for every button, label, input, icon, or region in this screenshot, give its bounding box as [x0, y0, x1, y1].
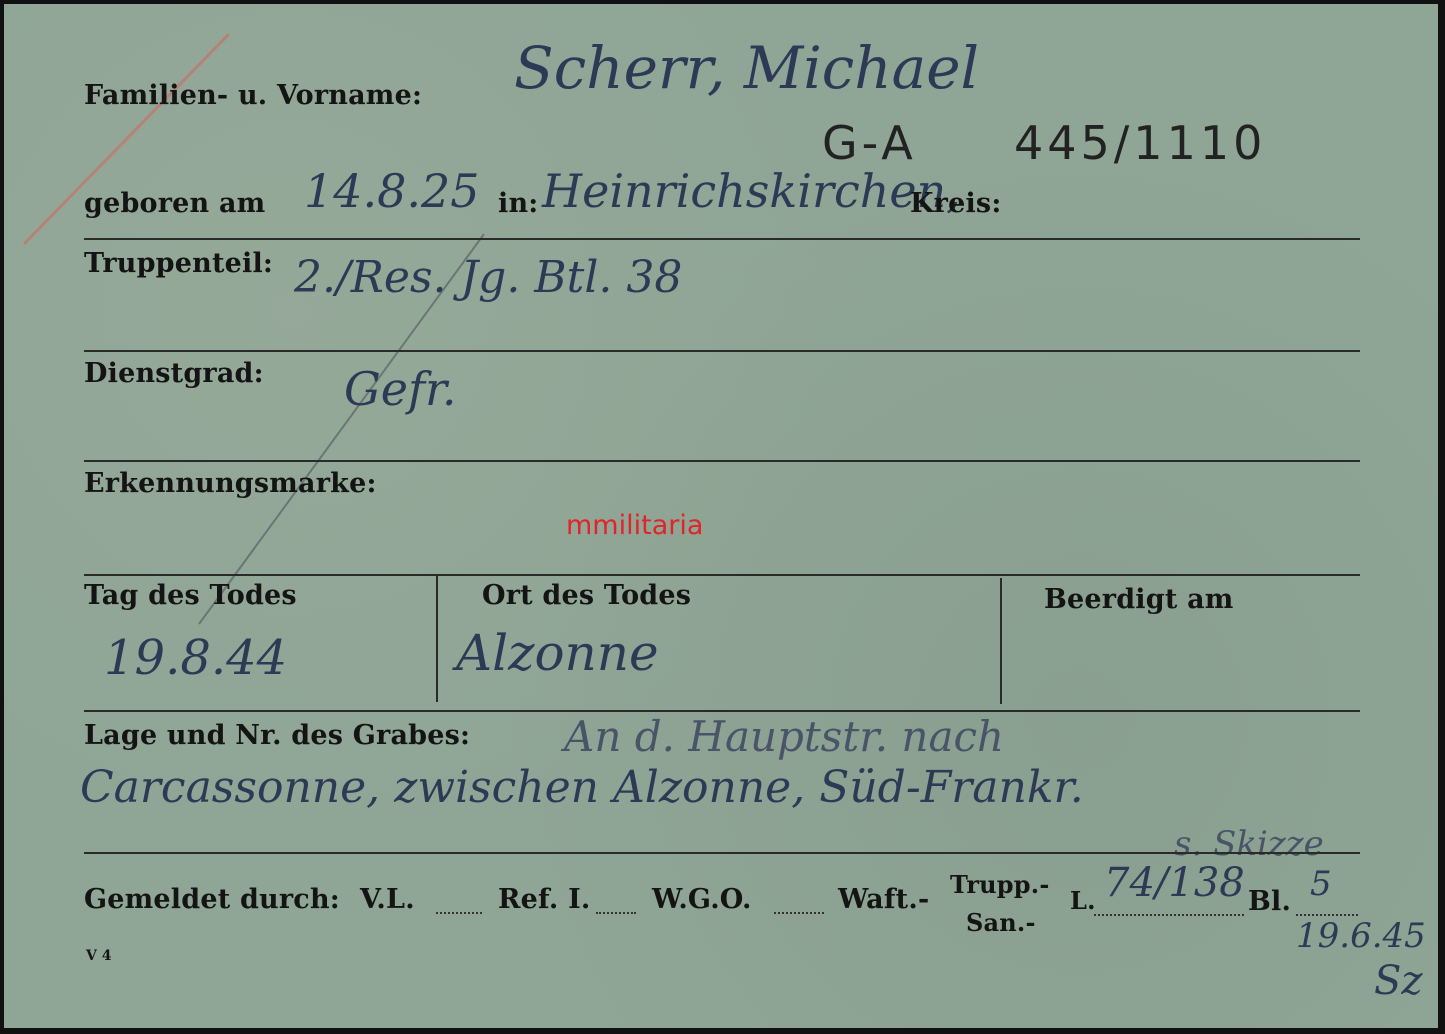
reported-option-ref: Ref. I. — [498, 884, 591, 915]
stamp-number: 445/1110 — [1014, 116, 1266, 170]
buried-on-label: Beerdigt am — [1044, 584, 1234, 615]
grave-location-line2: Carcassonne, zwischen Alzonne, Süd-Frank… — [80, 762, 1084, 813]
divider-2 — [84, 350, 1360, 352]
divider-1 — [84, 238, 1360, 240]
reported-initials: Sz — [1374, 958, 1422, 1004]
grave-location-note: s. Skizze — [1174, 824, 1324, 864]
watermark: mmilitaria — [566, 510, 703, 541]
born-in-label: in: — [498, 188, 538, 219]
column-divider-1 — [436, 576, 438, 702]
san-label: San.- — [966, 908, 1036, 937]
sheet-label: Bl. — [1248, 886, 1291, 917]
district-label: Kreis: — [910, 188, 1002, 219]
divider-4 — [84, 574, 1360, 576]
name-value: Scherr, Michael — [514, 34, 979, 102]
grave-registration-card: Familien- u. Vorname: Scherr, Michael G-… — [4, 4, 1438, 1028]
grave-location-line1: An d. Hauptstr. nach — [564, 712, 1004, 761]
dots-wgo — [774, 912, 824, 914]
stamp-prefix: G-A — [822, 116, 917, 170]
divider-3 — [84, 460, 1360, 462]
reported-by-label: Gemeldet durch: — [84, 884, 340, 915]
death-place-label: Ort des Todes — [482, 580, 691, 611]
id-tag-label: Erkennungsmarke: — [84, 468, 377, 499]
reported-date: 19.6.45 — [1296, 916, 1426, 956]
reported-option-wgo: W.G.O. — [652, 884, 752, 915]
born-on-value: 14.8.25 — [304, 164, 480, 218]
list-value: 74/138 — [1104, 860, 1245, 906]
death-day-value: 19.8.44 — [104, 630, 287, 686]
divider-6 — [84, 852, 1360, 854]
death-day-label: Tag des Todes — [84, 580, 297, 611]
death-place-value: Alzonne — [456, 624, 659, 682]
born-on-label: geboren am — [84, 188, 265, 219]
reported-option-vl: V.L. — [360, 884, 415, 915]
name-label: Familien- u. Vorname: — [84, 80, 422, 111]
trupp-label: Trupp.- — [950, 870, 1050, 899]
unit-label: Truppenteil: — [84, 248, 273, 279]
born-in-value: Heinrichskirchen, — [542, 164, 961, 218]
rank-value: Gefr. — [344, 362, 457, 416]
grave-location-label: Lage und Nr. des Grabes: — [84, 720, 470, 751]
form-code: V 4 — [86, 948, 111, 964]
rank-label: Dienstgrad: — [84, 358, 264, 389]
column-divider-2 — [1000, 578, 1002, 704]
sheet-value: 5 — [1310, 864, 1332, 904]
dots-ref — [596, 912, 636, 914]
list-label: L. — [1070, 886, 1096, 915]
reported-option-waft: Waft.- — [838, 884, 929, 915]
dots-list — [1094, 914, 1244, 916]
dots-vl — [436, 912, 482, 914]
unit-value: 2./Res. Jg. Btl. 38 — [294, 252, 682, 303]
